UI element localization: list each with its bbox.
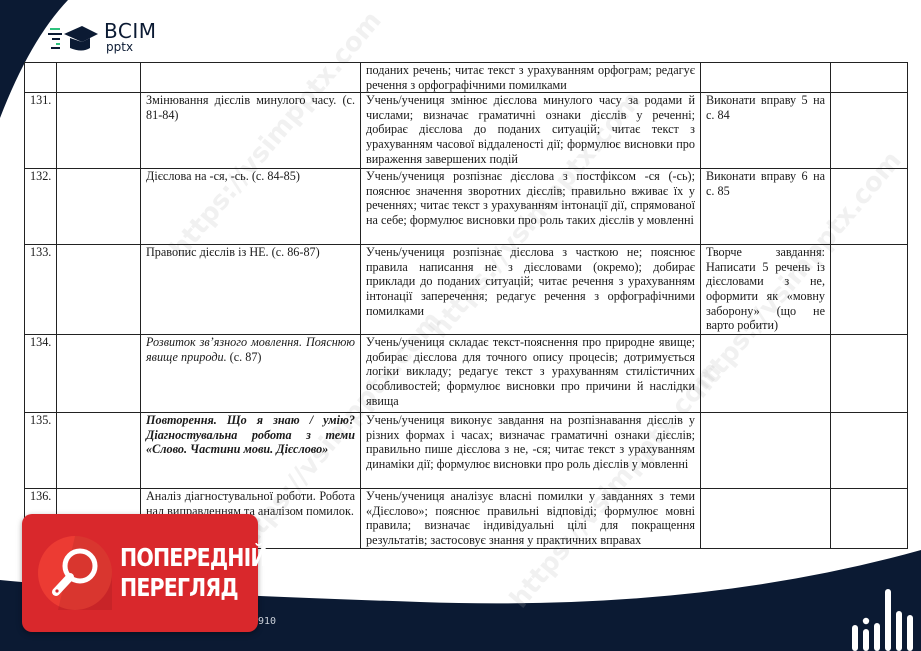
brand-logo: BCIM pptx xyxy=(46,20,157,54)
notes-cell xyxy=(831,413,908,489)
lesson-number-cell: 131. xyxy=(25,93,57,169)
date-cell xyxy=(57,63,141,93)
table-row: 132.Дієслова на -ся, -сь. (с. 84-85)Учен… xyxy=(25,169,908,245)
lesson-number-cell: 135. xyxy=(25,413,57,489)
preview-badge[interactable]: ПОПЕРЕДНІЙ ПЕРЕГЛЯД xyxy=(22,514,258,632)
table-row: 134.Розвиток зв’язного мовлення. Пояснюю… xyxy=(25,335,908,413)
homework-cell xyxy=(701,63,831,93)
homework-cell: Творче завдання: Написати 5 речень із ді… xyxy=(701,245,831,335)
date-cell xyxy=(57,169,141,245)
notes-cell xyxy=(831,335,908,413)
homework-cell xyxy=(701,489,831,549)
notes-cell xyxy=(831,169,908,245)
notes-cell xyxy=(831,93,908,169)
learning-outcomes-cell: Учень/учениця виконує завдання на розпіз… xyxy=(361,413,701,489)
topic-cell xyxy=(141,63,361,93)
topic-text: Дієслова на -ся, -сь. (с. 84-85) xyxy=(146,169,300,183)
graduation-cap-icon xyxy=(46,20,100,54)
topic-text: Змінювання дієслів минулого часу. (с. 81… xyxy=(146,93,355,122)
magnifier-icon xyxy=(38,536,112,610)
homework-cell: Виконати вправу 6 на с. 85 xyxy=(701,169,831,245)
table-row: 131.Змінювання дієслів минулого часу. (с… xyxy=(25,93,908,169)
table-row: поданих речень; читає текст з урахування… xyxy=(25,63,908,93)
table-row: 133.Правопис дієслів із НЕ. (с. 86-87)Уч… xyxy=(25,245,908,335)
notes-cell xyxy=(831,63,908,93)
homework-cell: Виконати вправу 5 на с. 84 xyxy=(701,93,831,169)
preview-label-line2: ПЕРЕГЛЯД xyxy=(120,573,267,603)
topic-text: Повторення. Що я знаю / умію? Діагностув… xyxy=(146,413,355,456)
topic-text: Правопис дієслів із НЕ. (с. 86-87) xyxy=(146,245,320,259)
learning-outcomes-cell: поданих речень; читає текст з урахування… xyxy=(361,63,701,93)
homework-cell xyxy=(701,413,831,489)
learning-outcomes-cell: Учень/учениця розпізнає дієслова з постф… xyxy=(361,169,701,245)
lesson-plan-table: поданих речень; читає текст з урахування… xyxy=(24,62,908,549)
topic-cell: Повторення. Що я знаю / умію? Діагностув… xyxy=(141,413,361,489)
equalizer-bars-icon xyxy=(848,585,918,651)
date-cell xyxy=(57,93,141,169)
homework-cell xyxy=(701,335,831,413)
date-cell xyxy=(57,245,141,335)
lesson-number-cell: 132. xyxy=(25,169,57,245)
topic-cell: Правопис дієслів із НЕ. (с. 86-87) xyxy=(141,245,361,335)
learning-outcomes-cell: Учень/учениця складає текст-пояснення пр… xyxy=(361,335,701,413)
learning-outcomes-cell: Учень/учениця змінює дієслова минулого ч… xyxy=(361,93,701,169)
topic-cell: Розвиток зв’язного мовлення. Пояснюю яви… xyxy=(141,335,361,413)
logo-title: BCIM xyxy=(104,21,157,41)
table-row: 135.Повторення. Що я знаю / умію? Діагно… xyxy=(25,413,908,489)
page-number-fragment: 910 xyxy=(258,616,276,627)
lesson-number-cell xyxy=(25,63,57,93)
topic-cell: Змінювання дієслів минулого часу. (с. 81… xyxy=(141,93,361,169)
learning-outcomes-cell: Учень/учениця аналізує власні помилки у … xyxy=(361,489,701,549)
topic-cell: Дієслова на -ся, -сь. (с. 84-85) xyxy=(141,169,361,245)
learning-outcomes-cell: Учень/учениця розпізнає дієслова з частк… xyxy=(361,245,701,335)
lesson-number-cell: 133. xyxy=(25,245,57,335)
lesson-number-cell: 134. xyxy=(25,335,57,413)
notes-cell xyxy=(831,489,908,549)
topic-pages: (с. 87) xyxy=(227,350,262,364)
date-cell xyxy=(57,335,141,413)
preview-label-line1: ПОПЕРЕДНІЙ xyxy=(120,543,267,573)
notes-cell xyxy=(831,245,908,335)
date-cell xyxy=(57,413,141,489)
